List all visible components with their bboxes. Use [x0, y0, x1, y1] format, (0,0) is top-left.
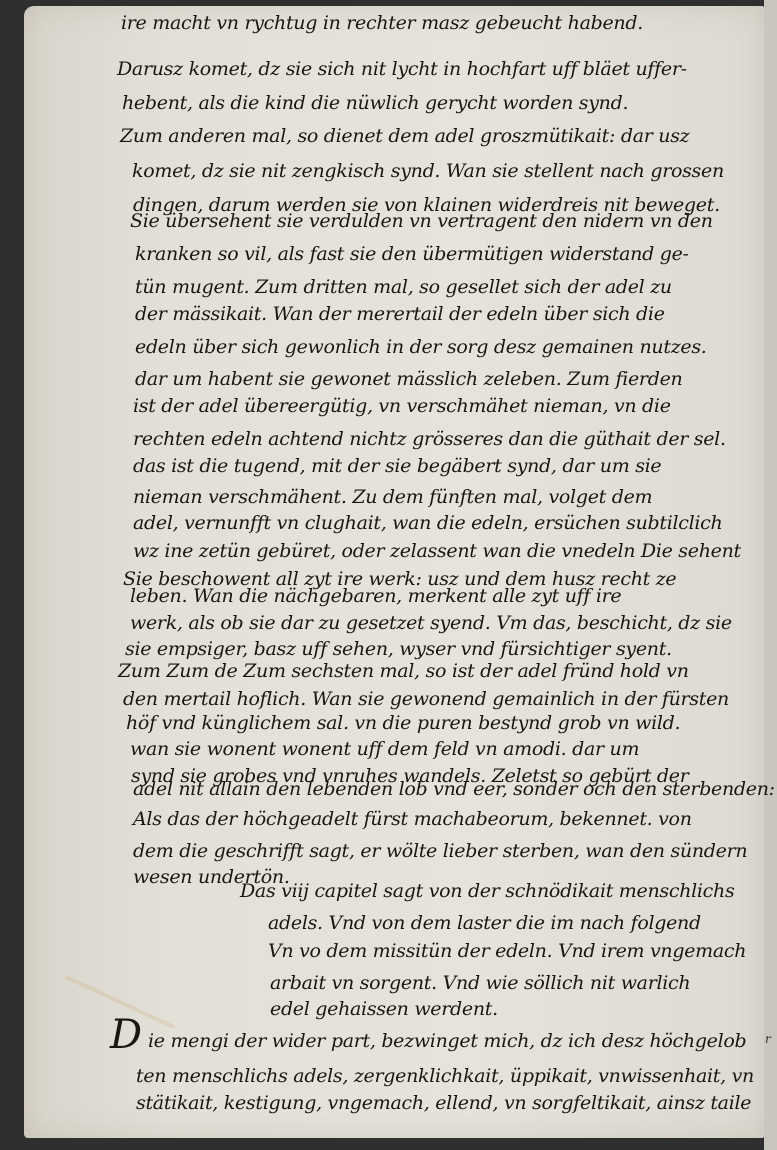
text-line: stätikait, kestigung, vngemach, ellend, … — [136, 1092, 751, 1114]
text-line: Darusz komet, dz sie sich nit lycht in h… — [117, 58, 687, 80]
text-line: nieman verschmähent. Zu dem fünften mal,… — [133, 486, 652, 508]
text-line: ten menschlichs adels, zergenklichkait, … — [136, 1065, 754, 1087]
text-line: komet, dz sie nit zengkisch synd. Wan si… — [132, 160, 724, 182]
decorated-initial: D — [110, 1012, 142, 1058]
text-line: sie empsiger, basz uff sehen, wyser vnd … — [125, 638, 672, 660]
text-line: Zum anderen mal, so dienet dem adel gros… — [120, 125, 689, 147]
text-line: ist der adel übereergütig, vn verschmähe… — [133, 395, 671, 417]
text-line: hebent, als die kind die nüwlich gerycht… — [122, 92, 628, 114]
text-line: den mertail hoflich. Wan sie gewonend ge… — [123, 688, 729, 710]
text-line: ire macht vn rychtug in rechter masz geb… — [121, 12, 643, 34]
text-line: wz ine zetün gebüret, oder zelassent wan… — [133, 540, 741, 562]
text-line: der mässikait. Wan der merertail der ede… — [135, 303, 665, 325]
text-line: werk, als ob sie dar zu gesetzet syend. … — [130, 612, 732, 634]
text-line: tün mugent. Zum dritten mal, so gesellet… — [135, 276, 672, 298]
text-line: ie mengi der wider part, bezwinget mich,… — [148, 1030, 746, 1052]
text-line: Als das der höchgeadelt fürst machabeoru… — [133, 808, 692, 830]
heading-line: adels. Vnd von dem laster die im nach fo… — [268, 912, 701, 934]
margin-note: r — [765, 1032, 771, 1046]
text-line: wan sie wonent wonent uff dem feld vn am… — [130, 738, 639, 760]
text-line: das ist die tugend, mit der sie begäbert… — [133, 455, 661, 477]
heading-line: Vn vo dem missitün der edeln. Vnd irem v… — [268, 940, 746, 962]
text-line: rechten edeln achtend nichtz grösseres d… — [133, 428, 726, 450]
text-line: dem die geschrifft sagt, er wölte lieber… — [133, 840, 747, 862]
text-line: Sie übersehent sie verdulden vn vertrage… — [130, 210, 713, 232]
text-line: adel, vernunfft vn clughait, wan die ede… — [133, 512, 722, 534]
heading-line: Das viij capitel sagt von der schnödikai… — [240, 880, 734, 902]
text-line: leben. Wan die nächgebaren, merkent alle… — [130, 585, 621, 607]
text-line: Zum Zum de Zum sechsten mal, so ist der … — [118, 660, 689, 682]
text-line: edeln über sich gewonlich in der sorg de… — [135, 336, 707, 358]
heading-line: edel gehaissen werdent. — [270, 998, 498, 1020]
text-line: dar um habent sie gewonet mässlich zeleb… — [135, 368, 682, 390]
heading-line: arbait vn sorgent. Vnd wie söllich nit w… — [270, 972, 690, 994]
text-line: höf vnd künglichem sal. vn die puren bes… — [126, 712, 680, 734]
text-line: adel nit allain den lebenden lob vnd eer… — [133, 778, 775, 800]
page-edge — [764, 0, 777, 1150]
text-line: kranken so vil, als fast sie den übermüt… — [135, 243, 689, 265]
